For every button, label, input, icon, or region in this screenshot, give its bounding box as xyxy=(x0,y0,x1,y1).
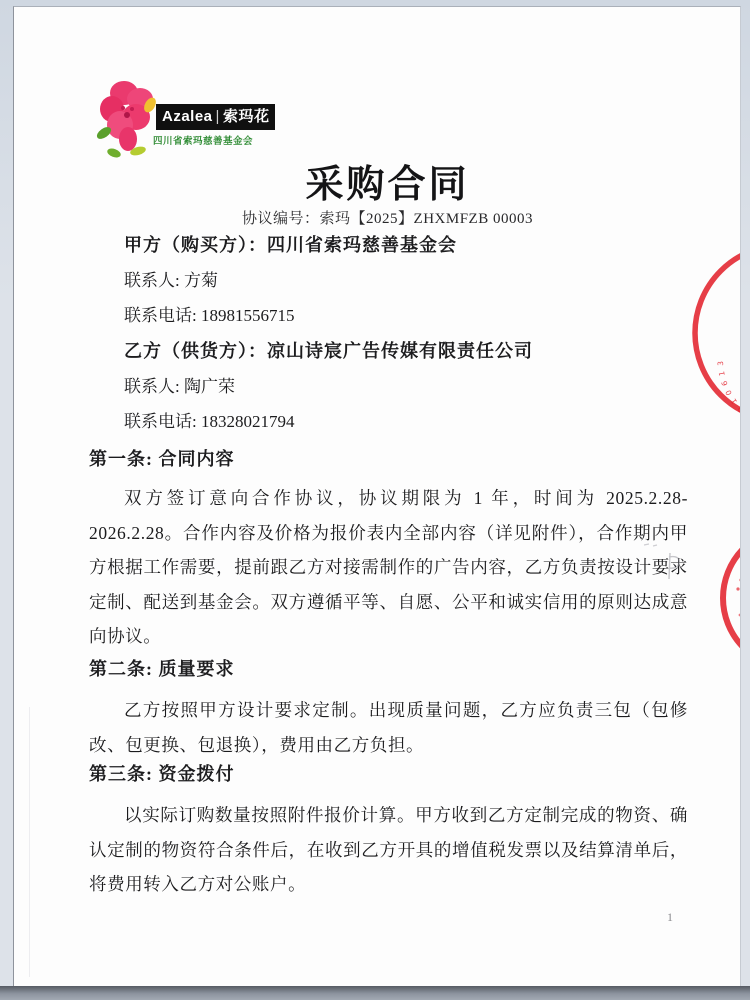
party-b-contact-line: 联系人: 陶广荣 xyxy=(124,369,684,404)
logo-divider: | xyxy=(213,108,223,125)
party-a-phone-label: 联系电话: xyxy=(124,306,201,325)
party-b-phone-line: 联系电话: 18328021794 xyxy=(124,404,684,439)
clause-1-body: 双方签订意向合作协议，协议期限为 1 年，时间为 2025.2.28-2026.… xyxy=(89,481,688,654)
scan-crease-line xyxy=(29,707,30,977)
clause-3: 第三条: 资金拨付 以实际订购数量按照附件报价计算。甲方收到乙方定制完成的物资、… xyxy=(89,763,688,902)
logo-organization-name: 四川省索玛慈善基金会 xyxy=(153,133,273,147)
party-a-phone-line: 联系电话: 18981556715 xyxy=(124,298,684,333)
logo-wordmark: Azalea|索玛花 xyxy=(156,104,275,130)
party-b-name: 凉山诗宸广告传媒有限责任公司 xyxy=(267,341,533,361)
party-a-line: 甲方（购买方）：四川省索玛慈善基金会 xyxy=(124,228,684,263)
logo-brand-en: Azalea xyxy=(162,108,213,125)
party-a-contact-name: 方菊 xyxy=(184,271,218,290)
clause-1-heading: 第一条: 合同内容 xyxy=(89,448,688,470)
party-b-line: 乙方（供货方）：凉山诗宸广告传媒有限责任公司 xyxy=(124,334,684,369)
scanned-contract-page: { "document": { "title": "采购合同", "agreem… xyxy=(0,0,750,1000)
party-a-phone: 18981556715 xyxy=(201,306,295,325)
seal-code-digits: 1060910613 xyxy=(716,356,741,434)
party-b-phone-label: 联系电话: xyxy=(124,412,201,431)
party-a-contact-line: 联系人: 方菊 xyxy=(124,263,684,298)
scanner-bottom-shadow xyxy=(0,986,750,1000)
clause-2-heading: 第二条: 质量要求 xyxy=(89,658,688,680)
clause-2: 第二条: 质量要求 乙方按照甲方设计要求定制。出现质量问题，乙方应负责三包（包修… xyxy=(89,658,688,762)
logo-brand-cn: 索玛花 xyxy=(223,108,270,125)
clause-2-body: 乙方按照甲方设计要求定制。出现质量问题，乙方应负责三包（包修改、包更换、包退换）… xyxy=(89,693,688,762)
party-b-contact-name: 陶广荣 xyxy=(184,377,235,396)
svg-text:1060910613: 1060910613 xyxy=(716,356,741,434)
party-a-name: 四川省索玛慈善基金会 xyxy=(267,235,457,255)
parties-block: 甲方（购买方）：四川省索玛慈善基金会 联系人: 方菊 联系电话: 1898155… xyxy=(124,228,684,439)
party-a-role-label: 甲方（购买方）： xyxy=(124,235,267,255)
page-number: 1 xyxy=(667,910,673,925)
party-b-role-label: 乙方（供货方）： xyxy=(124,341,267,361)
clause-3-body: 以实际订购数量按照附件报价计算。甲方收到乙方定制完成的物资、确认定制的物资符合条… xyxy=(89,798,688,902)
clause-3-heading: 第三条: 资金拨付 xyxy=(89,763,688,785)
clause-1: 第一条: 合同内容 双方签订意向合作协议，协议期限为 1 年，时间为 2025.… xyxy=(89,448,688,654)
pencil-smudge-artifact xyxy=(636,535,686,590)
document-page: Azalea|索玛花 四川省索玛慈善基金会 采购合同 协议编号：索玛【2025】… xyxy=(13,6,741,986)
party-b-contact-label: 联系人: xyxy=(124,377,184,396)
party-b-phone: 18328021794 xyxy=(201,412,295,431)
document-title: 采购合同 xyxy=(89,153,686,208)
party-a-contact-label: 联系人: xyxy=(124,271,184,290)
agreement-number: 协议编号：索玛【2025】ZHXMFZB 00003 xyxy=(89,207,686,228)
